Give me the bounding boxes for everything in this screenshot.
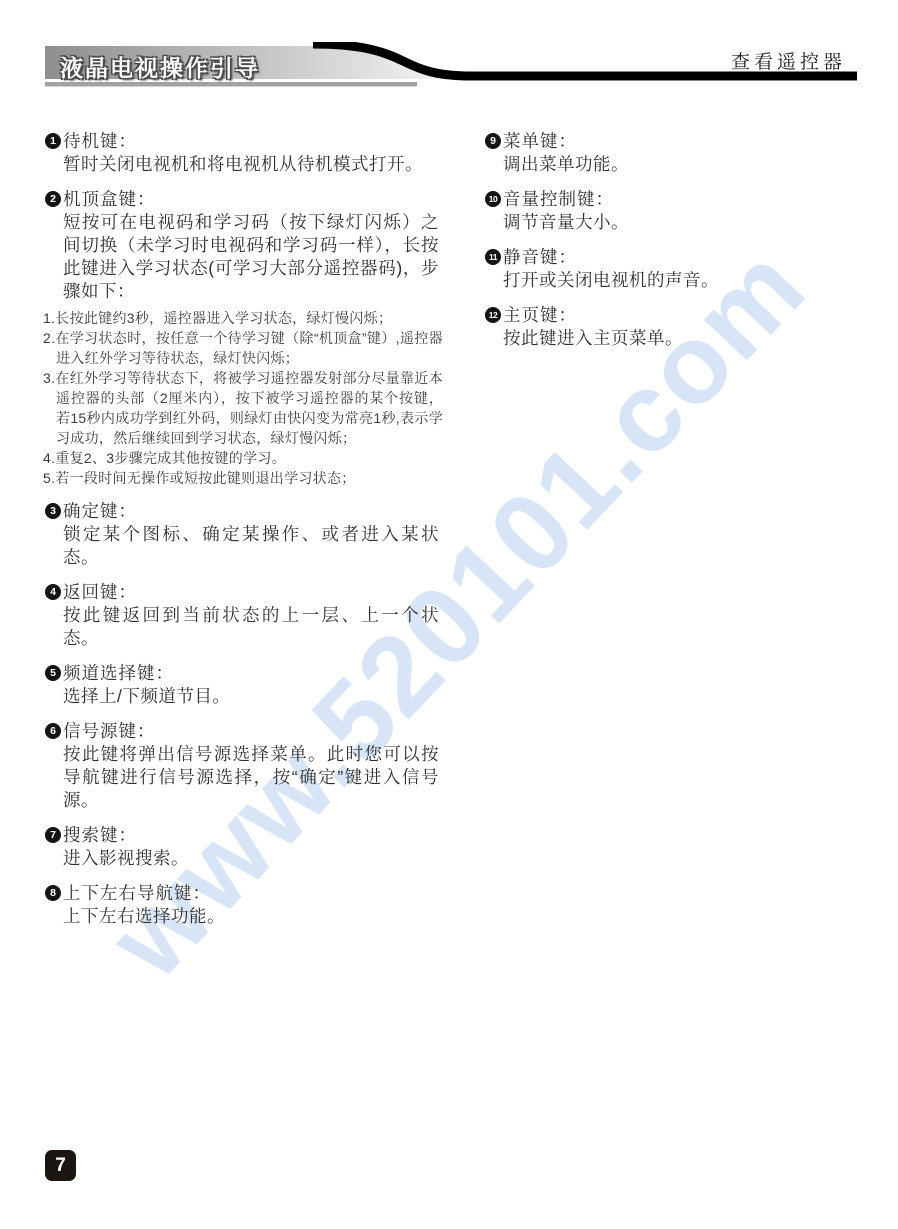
left-column: 1待机键：暂时关闭电视机和将电视机从待机模式打开。2机顶盒键：短按可在电视码和学… bbox=[45, 130, 460, 940]
item-number-badge: 10 bbox=[485, 191, 501, 207]
item-description: 短按可在电视码和学习码（按下绿灯闪烁）之间切换（未学习时电视码和学习码一样），长… bbox=[63, 211, 439, 303]
item-title: 频道选择键： bbox=[63, 662, 460, 685]
remote-key-item: 6信号源键：按此键将弹出信号源选择菜单。此时您可以按导航键进行信号源选择，按“确… bbox=[45, 720, 460, 812]
item-title: 菜单键： bbox=[503, 130, 785, 153]
item-number-badge: 2 bbox=[45, 191, 61, 207]
item-description: 锁定某个图标、确定某操作、或者进入某状态。 bbox=[63, 523, 439, 569]
learning-steps-list: 1.长按此键约3秒，遥控器进入学习状态，绿灯慢闪烁；2.在学习状态时，按任意一个… bbox=[43, 308, 443, 488]
item-title: 待机键： bbox=[63, 130, 460, 153]
item-description: 调出菜单功能。 bbox=[503, 153, 785, 176]
item-description: 上下左右选择功能。 bbox=[63, 905, 439, 928]
item-number-badge: 5 bbox=[45, 665, 61, 681]
remote-key-item: 7搜索键：进入影视搜索。 bbox=[45, 824, 460, 870]
item-title: 返回键： bbox=[63, 581, 460, 604]
item-description: 进入影视搜索。 bbox=[63, 847, 439, 870]
right-column: 9菜单键：调出菜单功能。10音量控制键：调节音量大小。11静音键：打开或关闭电视… bbox=[485, 130, 785, 362]
learning-step: 2.在学习状态时，按任意一个待学习键（除“机顶盒”键）,遥控器进入红外学习等待状… bbox=[43, 328, 443, 368]
remote-key-item: 10音量控制键：调节音量大小。 bbox=[485, 188, 785, 234]
learning-step: 5.若一段时间无操作或短按此键则退出学习状态； bbox=[43, 468, 443, 488]
item-number-badge: 8 bbox=[45, 885, 61, 901]
remote-key-item: 4返回键：按此键返回到当前状态的上一层、上一个状态。 bbox=[45, 581, 460, 650]
item-number-badge: 1 bbox=[45, 133, 61, 149]
item-number-badge: 11 bbox=[485, 249, 501, 265]
item-title: 信号源键： bbox=[63, 720, 460, 743]
learning-step: 3.在红外学习等待状态下，将被学习遥控器发射部分尽量靠近本遥控器的头部（2厘米内… bbox=[43, 368, 443, 448]
remote-key-item: 8上下左右导航键：上下左右选择功能。 bbox=[45, 882, 460, 928]
remote-key-item: 3确定键：锁定某个图标、确定某操作、或者进入某状态。 bbox=[45, 500, 460, 569]
item-description: 调节音量大小。 bbox=[503, 211, 785, 234]
remote-key-item: 9菜单键：调出菜单功能。 bbox=[485, 130, 785, 176]
item-description: 按此键返回到当前状态的上一层、上一个状态。 bbox=[63, 604, 439, 650]
item-title: 音量控制键： bbox=[503, 188, 785, 211]
item-number-badge: 6 bbox=[45, 723, 61, 739]
item-number-badge: 7 bbox=[45, 827, 61, 843]
item-description: 按此键将弹出信号源选择菜单。此时您可以按导航键进行信号源选择，按“确定”键进入信… bbox=[63, 743, 439, 812]
section-title: 查看遥控器 bbox=[731, 47, 846, 74]
item-title: 机顶盒键： bbox=[63, 188, 460, 211]
remote-key-item: 2机顶盒键：短按可在电视码和学习码（按下绿灯闪烁）之间切换（未学习时电视码和学习… bbox=[45, 188, 460, 488]
learning-step: 1.长按此键约3秒，遥控器进入学习状态，绿灯慢闪烁； bbox=[43, 308, 443, 328]
item-title: 主页键： bbox=[503, 304, 785, 327]
item-description: 按此键进入主页菜单。 bbox=[503, 327, 785, 350]
remote-key-item: 11静音键：打开或关闭电视机的声音。 bbox=[485, 246, 785, 292]
item-number-badge: 12 bbox=[485, 307, 501, 323]
item-description: 选择上/下频道节目。 bbox=[63, 685, 439, 708]
learning-step: 4.重复2、3步骤完成其他按键的学习。 bbox=[43, 448, 443, 468]
item-number-badge: 3 bbox=[45, 503, 61, 519]
page-number-badge: 7 bbox=[45, 1150, 76, 1181]
item-title: 静音键： bbox=[503, 246, 785, 269]
item-title: 搜索键： bbox=[63, 824, 460, 847]
item-title: 上下左右导航键： bbox=[63, 882, 460, 905]
item-description: 暂时关闭电视机和将电视机从待机模式打开。 bbox=[63, 153, 439, 176]
item-number-badge: 9 bbox=[485, 133, 501, 149]
item-title: 确定键： bbox=[63, 500, 460, 523]
item-number-badge: 4 bbox=[45, 584, 61, 600]
remote-key-item: 12主页键：按此键进入主页菜单。 bbox=[485, 304, 785, 350]
remote-key-item: 1待机键：暂时关闭电视机和将电视机从待机模式打开。 bbox=[45, 130, 460, 176]
item-description: 打开或关闭电视机的声音。 bbox=[503, 269, 785, 292]
remote-key-item: 5频道选择键：选择上/下频道节目。 bbox=[45, 662, 460, 708]
page-title: 液晶电视操作引导 bbox=[60, 50, 260, 83]
